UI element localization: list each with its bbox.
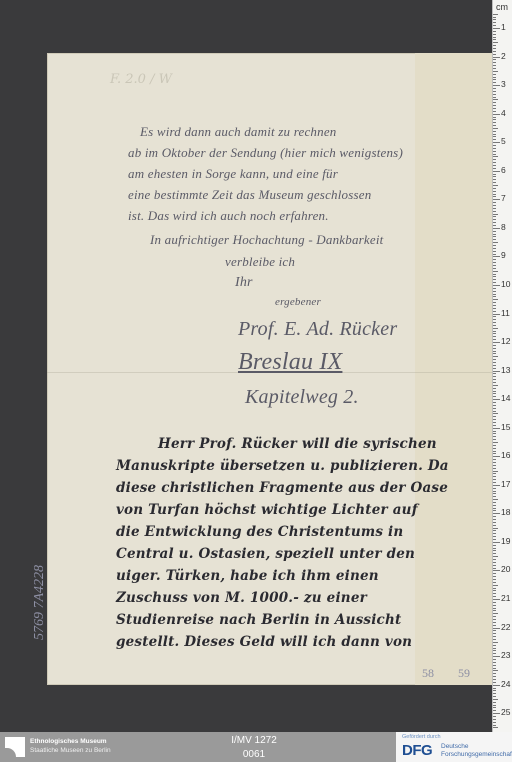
ruler-tick — [493, 448, 496, 449]
ruler-tick — [493, 516, 496, 517]
ruler-tick — [493, 14, 498, 15]
ruler-tick — [493, 485, 500, 486]
ruler-tick — [493, 325, 496, 326]
ruler-tick — [493, 433, 496, 434]
ruler-tick — [493, 713, 500, 714]
ruler-tick — [493, 633, 496, 634]
ruler-tick — [493, 54, 496, 55]
ruler-tick — [493, 28, 500, 29]
ruler-tick — [493, 211, 496, 212]
ruler-tick — [493, 616, 496, 617]
ruler-tick — [493, 670, 498, 671]
ruler-tick — [493, 159, 496, 160]
ruler-tick — [493, 699, 498, 700]
ruler-tick — [493, 91, 496, 92]
ruler-tick — [493, 42, 498, 43]
ruler-label: 13 — [501, 365, 510, 375]
ruler-tick — [493, 599, 500, 600]
ruler-tick — [493, 351, 496, 352]
ruler-tick — [493, 108, 496, 109]
ruler-label: 11 — [501, 308, 510, 318]
ruler-tick — [493, 59, 496, 60]
ruler-tick — [493, 391, 496, 392]
ruler-tick — [493, 268, 496, 269]
ruler-tick — [493, 419, 496, 420]
ruler-tick — [493, 322, 496, 323]
signature-street: Kapitelweg 2. — [245, 386, 359, 409]
ruler-tick — [493, 710, 496, 711]
ruler-tick — [493, 288, 496, 289]
ruler-tick — [493, 291, 496, 292]
ruler-tick — [493, 439, 496, 440]
page-number: 58 — [422, 666, 434, 681]
ruler-tick — [493, 473, 496, 474]
ruler-tick — [493, 402, 496, 403]
ruler-tick — [493, 605, 496, 606]
ruler-tick — [493, 174, 496, 175]
ruler-tick — [493, 142, 500, 143]
ruler-tick — [493, 19, 496, 20]
ruler-tick — [493, 579, 496, 580]
ruler-label: 7 — [501, 193, 506, 203]
faint-header: F. 2.0 / W — [110, 72, 172, 87]
ruler-tick — [493, 727, 498, 728]
ruler-tick — [493, 696, 496, 697]
ruler-tick — [493, 639, 496, 640]
ruler-tick — [493, 656, 500, 657]
dfg-logo-icon: DFG — [402, 742, 432, 759]
ruler-tick — [493, 553, 496, 554]
ruler-tick — [493, 456, 500, 457]
ruler-tick — [493, 628, 500, 629]
ruler-tick — [493, 536, 496, 537]
ruler-tick — [493, 413, 498, 414]
ruler-tick — [493, 71, 498, 72]
letter-line: am ehesten in Sorge kann, und eine für — [128, 166, 338, 182]
ruler-tick — [493, 491, 496, 492]
ruler-tick — [493, 262, 496, 263]
ruler-tick — [493, 425, 496, 426]
ruler-tick — [493, 593, 496, 594]
ruler-label: 1 — [501, 22, 506, 32]
ruler-tick — [493, 676, 496, 677]
letter-page-edge — [415, 53, 492, 685]
ruler-tick — [493, 471, 498, 472]
letter-line: Ihr — [235, 275, 253, 291]
ruler-tick — [493, 117, 496, 118]
ruler-tick — [493, 191, 496, 192]
ruler-tick — [493, 559, 496, 560]
ruler-tick — [493, 345, 496, 346]
ruler-tick — [493, 356, 498, 357]
ruler-tick — [493, 545, 496, 546]
ruler-tick — [493, 542, 500, 543]
ruler-tick — [493, 353, 496, 354]
ruler-tick — [493, 156, 498, 157]
ruler-label: 6 — [501, 165, 506, 175]
note-line: Herr Prof. Rücker will die syrischen — [158, 436, 437, 452]
ruler-tick — [493, 568, 496, 569]
ruler-tick — [493, 428, 500, 429]
funded-by-label: Gefördert durch — [402, 734, 441, 740]
ruler-tick — [493, 528, 498, 529]
ruler-tick — [493, 254, 496, 255]
ruler-tick — [493, 388, 496, 389]
ruler-tick — [493, 128, 498, 129]
ruler-tick — [493, 102, 496, 103]
ruler-tick — [493, 48, 496, 49]
ruler-tick — [493, 171, 500, 172]
ruler-tick — [493, 222, 496, 223]
ruler-tick — [493, 707, 496, 708]
ruler-tick — [493, 279, 496, 280]
funder-panel: Gefördert durch DFG Deutsche Forschungsg… — [396, 732, 512, 762]
ruler-tick — [493, 522, 496, 523]
ruler-tick — [493, 416, 496, 417]
ruler-label: 24 — [501, 679, 510, 689]
ruler-tick — [493, 382, 496, 383]
ruler-label: 21 — [501, 593, 510, 603]
ruler-tick — [493, 216, 496, 217]
ruler-tick — [493, 690, 496, 691]
ruler-tick — [493, 119, 496, 120]
ruler-tick — [493, 134, 496, 135]
ruler-tick — [493, 145, 496, 146]
ruler-tick — [493, 451, 496, 452]
ruler-tick — [493, 453, 496, 454]
ruler-tick — [493, 179, 496, 180]
ruler-tick — [493, 436, 496, 437]
ruler-tick — [493, 168, 496, 169]
ruler-tick — [493, 125, 496, 126]
ruler-tick — [493, 148, 496, 149]
ruler-tick — [493, 482, 496, 483]
ruler-tick — [493, 94, 496, 95]
ruler-tick — [493, 488, 496, 489]
ruler-tick — [493, 665, 496, 666]
ruler-tick — [493, 650, 496, 651]
ruler-unit: cm — [496, 2, 508, 12]
ruler-tick — [493, 74, 496, 75]
note-line: von Turfan höchst wichtige Lichter auf — [116, 502, 418, 518]
ruler-tick — [493, 479, 496, 480]
ruler-tick — [493, 682, 496, 683]
ruler-tick — [493, 368, 496, 369]
ruler-tick — [493, 582, 496, 583]
letter-line: ab im Oktober der Sendung (hier mich wen… — [128, 145, 403, 161]
ruler-tick — [493, 328, 498, 329]
ruler-tick — [493, 508, 496, 509]
ruler-tick — [493, 165, 496, 166]
ruler-tick — [493, 331, 496, 332]
ruler-tick — [493, 31, 496, 32]
ruler-label: 10 — [501, 279, 510, 289]
ruler-label: 14 — [501, 393, 510, 403]
ruler-tick — [493, 642, 498, 643]
ruler-tick — [493, 62, 496, 63]
ruler-tick — [493, 225, 496, 226]
footer-bar: Ethnologisches Museum Staatliche Museen … — [0, 732, 512, 762]
ruler-tick — [493, 336, 496, 337]
ruler-tick — [493, 510, 496, 511]
ruler-tick — [493, 162, 496, 163]
ruler-tick — [493, 499, 498, 500]
signature-name: Prof. E. Ad. Rücker — [238, 318, 397, 341]
ruler-tick — [493, 182, 496, 183]
ruler-tick — [493, 493, 496, 494]
ruler-tick — [493, 122, 496, 123]
ruler-tick — [493, 385, 498, 386]
letter-line: Es wird dann auch damit zu rechnen — [140, 124, 337, 140]
ruler-tick — [493, 248, 496, 249]
ruler-tick — [493, 399, 500, 400]
ruler-tick — [493, 151, 496, 152]
ruler-label: 3 — [501, 79, 506, 89]
ruler-tick — [493, 85, 500, 86]
ruler-tick — [493, 562, 496, 563]
ruler-tick — [493, 556, 498, 557]
ruler-tick — [493, 188, 496, 189]
cm-ruler: cm 1234567891011121314151617181920212223… — [492, 0, 512, 732]
ruler-label: 2 — [501, 51, 506, 61]
ruler-tick — [493, 422, 496, 423]
ruler-tick — [493, 688, 496, 689]
ruler-tick — [493, 154, 496, 155]
funder-name-line1: Deutsche — [441, 743, 468, 750]
ruler-tick — [493, 668, 496, 669]
ruler-tick — [493, 236, 496, 237]
letter-line: In aufrichtiger Hochachtung - Dankbarkei… — [150, 232, 384, 248]
ruler-tick — [493, 530, 496, 531]
ruler-tick — [493, 705, 496, 706]
letter-line: verbleibe ich — [225, 254, 295, 270]
ruler-tick — [493, 539, 496, 540]
note-line: Central u. Ostasien, speziell unter den — [116, 546, 415, 562]
ruler-tick — [493, 77, 496, 78]
ruler-tick — [493, 408, 496, 409]
ruler-tick — [493, 622, 496, 623]
ruler-tick — [493, 411, 496, 412]
ruler-tick — [493, 570, 500, 571]
ruler-tick — [493, 476, 496, 477]
ruler-tick — [493, 282, 496, 283]
ruler-tick — [493, 219, 496, 220]
ruler-tick — [493, 702, 496, 703]
ruler-tick — [493, 82, 496, 83]
ruler-tick — [493, 34, 496, 35]
letter-line: eine bestimmte Zeit das Museum geschloss… — [128, 187, 371, 203]
ruler-tick — [493, 205, 496, 206]
ruler-tick — [493, 45, 496, 46]
ruler-tick — [493, 136, 496, 137]
funder-name-line2: Forschungsgemeinschaft — [441, 751, 512, 758]
ruler-tick — [493, 251, 496, 252]
ruler-tick — [493, 725, 496, 726]
ruler-tick — [493, 39, 496, 40]
ruler-tick — [493, 57, 500, 58]
ruler-tick — [493, 274, 496, 275]
ruler-tick — [493, 51, 496, 52]
ruler-tick — [493, 97, 496, 98]
ruler-tick — [493, 519, 496, 520]
ruler-tick — [493, 636, 496, 637]
ruler-tick — [493, 242, 498, 243]
ruler-tick — [493, 105, 496, 106]
ruler-tick — [493, 265, 496, 266]
ruler-tick — [493, 245, 496, 246]
ruler-tick — [493, 362, 496, 363]
ruler-tick — [493, 348, 496, 349]
ruler-tick — [493, 339, 496, 340]
ruler-tick — [493, 302, 496, 303]
note-line: diese christlichen Fragmente aus der Oas… — [116, 480, 448, 496]
ruler-tick — [493, 65, 496, 66]
ruler-tick — [493, 359, 496, 360]
ruler-tick — [493, 659, 496, 660]
note-line: gestellt. Dieses Geld will ich dann von — [116, 634, 412, 650]
ruler-tick — [493, 276, 496, 277]
signature-city: Breslau IX — [238, 349, 342, 376]
ruler-tick — [493, 373, 496, 374]
ruler-tick — [493, 445, 496, 446]
ruler-label: 8 — [501, 222, 506, 232]
note-line: uiger. Türken, habe ich ihm einen — [116, 568, 379, 584]
ruler-tick — [493, 548, 496, 549]
ruler-tick — [493, 502, 496, 503]
ruler-tick — [493, 194, 496, 195]
ruler-tick — [493, 596, 496, 597]
ruler-tick — [493, 465, 496, 466]
ruler-tick — [493, 333, 496, 334]
ruler-tick — [493, 311, 496, 312]
ruler-label: 5 — [501, 136, 506, 146]
ruler-tick — [493, 294, 496, 295]
ruler-tick — [493, 305, 496, 306]
ruler-tick — [493, 342, 500, 343]
ruler-tick — [493, 256, 500, 257]
ruler-tick — [493, 196, 496, 197]
ruler-tick — [493, 468, 496, 469]
ruler-label: 25 — [501, 707, 510, 717]
ruler-tick — [493, 459, 496, 460]
ruler-tick — [493, 379, 496, 380]
ruler-tick — [493, 214, 498, 215]
ruler-tick — [493, 285, 500, 286]
ruler-tick — [493, 231, 496, 232]
ruler-label: 15 — [501, 422, 510, 432]
ruler-tick — [493, 630, 496, 631]
ruler-tick — [493, 296, 496, 297]
ruler-tick — [493, 693, 496, 694]
ruler-tick — [493, 722, 496, 723]
ruler-tick — [493, 576, 496, 577]
ruler-tick — [493, 99, 498, 100]
letter-line: ergebener — [275, 296, 321, 308]
ruler-tick — [493, 653, 496, 654]
ruler-tick — [493, 131, 496, 132]
ruler-tick — [493, 550, 496, 551]
ruler-tick — [493, 228, 500, 229]
ruler-tick — [493, 573, 496, 574]
ruler-tick — [493, 114, 500, 115]
ruler-tick — [493, 79, 496, 80]
ruler-tick — [493, 673, 496, 674]
ruler-tick — [493, 565, 496, 566]
ruler-tick — [493, 37, 496, 38]
ruler-tick — [493, 393, 496, 394]
ruler-tick — [493, 431, 496, 432]
ruler-tick — [493, 685, 500, 686]
ruler-tick — [493, 25, 496, 26]
ruler-label: 19 — [501, 536, 510, 546]
note-line: Manuskripte übersetzen u. publizieren. D… — [116, 458, 449, 474]
ruler-tick — [493, 719, 496, 720]
ruler-tick — [493, 234, 496, 235]
ruler-tick — [493, 316, 496, 317]
ruler-tick — [493, 308, 496, 309]
ruler-tick — [493, 68, 496, 69]
ruler-tick — [493, 462, 496, 463]
page-number: 59 — [458, 666, 470, 681]
ruler-label: 20 — [501, 564, 510, 574]
ruler-tick — [493, 314, 500, 315]
ruler-tick — [493, 619, 496, 620]
ruler-tick — [493, 496, 496, 497]
ruler-tick — [493, 371, 500, 372]
ruler-tick — [493, 442, 498, 443]
note-line: die Entwicklung des Christentums in — [116, 524, 403, 540]
ruler-tick — [493, 139, 496, 140]
ruler-tick — [493, 185, 498, 186]
ruler-tick — [493, 199, 500, 200]
ruler-tick — [493, 111, 496, 112]
ruler-tick — [493, 176, 496, 177]
ruler-tick — [493, 525, 496, 526]
ruler-tick — [493, 259, 496, 260]
ruler-tick — [493, 319, 496, 320]
ruler-tick — [493, 613, 498, 614]
note-line: Zuschuss von M. 1000.- zu einer — [116, 590, 367, 606]
ruler-tick — [493, 662, 496, 663]
ruler-tick — [493, 645, 496, 646]
ruler-label: 22 — [501, 622, 510, 632]
ruler-tick — [493, 716, 496, 717]
ruler-tick — [493, 625, 496, 626]
ruler-label: 4 — [501, 108, 506, 118]
ruler-label: 18 — [501, 507, 510, 517]
letter-line: ist. Das wird ich auch noch erfahren. — [128, 208, 329, 224]
ruler-tick — [493, 208, 496, 209]
ruler-tick — [493, 405, 496, 406]
ruler-tick — [493, 376, 496, 377]
ruler-tick — [493, 648, 496, 649]
ruler-tick — [493, 602, 496, 603]
ruler-tick — [493, 679, 496, 680]
ruler-label: 17 — [501, 479, 510, 489]
note-line: Studienreise nach Berlin in Aussicht — [116, 612, 401, 628]
ruler-tick — [493, 271, 498, 272]
ruler-tick — [493, 588, 496, 589]
ruler-tick — [493, 610, 496, 611]
ruler-tick — [493, 365, 496, 366]
ruler-tick — [493, 17, 496, 18]
ruler-tick — [493, 202, 496, 203]
ruler-tick — [493, 299, 498, 300]
ruler-tick — [493, 590, 496, 591]
ruler-tick — [493, 88, 496, 89]
ruler-tick — [493, 505, 496, 506]
ruler-tick — [493, 396, 496, 397]
